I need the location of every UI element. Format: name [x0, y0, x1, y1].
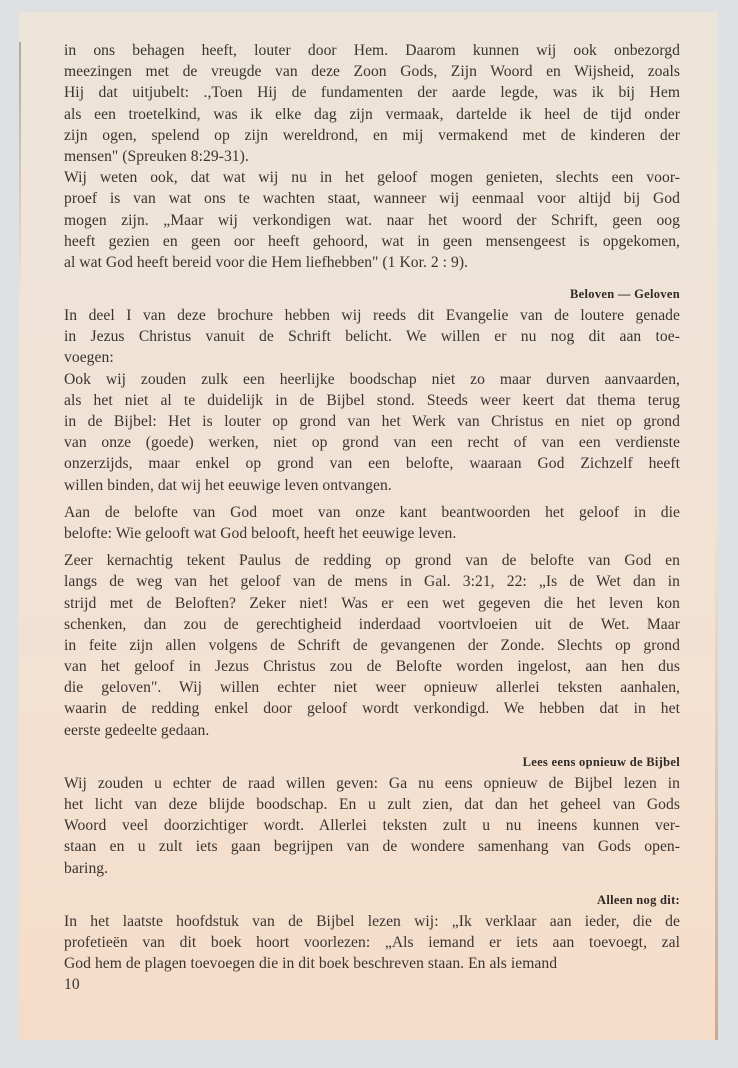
- text-line: willen binden, dat wij het eeuwige leven…: [64, 475, 680, 496]
- text-line: Hij dat uitjubelt: .,Toen Hij de fundame…: [64, 82, 680, 103]
- paragraph: In deel I van deze brochure hebben wij r…: [64, 305, 680, 369]
- text-line: God hem de plagen toevoegen die in dit b…: [64, 953, 680, 974]
- text-line: Wij weten ook, dat wat wij nu in het gel…: [64, 167, 680, 188]
- text-line: belofte: Wie gelooft wat God belooft, he…: [64, 523, 680, 544]
- text-line: proef is van wat ons te wachten staat, w…: [64, 188, 680, 209]
- text-line: als het niet al te duidelijk in de Bijbe…: [64, 390, 680, 411]
- text-line: voegen:: [64, 347, 680, 368]
- section-heading: Alleen nog dit:: [64, 891, 680, 909]
- text-line: meezingen met de vreugde van deze Zoon G…: [64, 61, 680, 82]
- text-line: die geloven". Wij willen echter niet wee…: [64, 677, 680, 698]
- text-line: zijn ogen, spelend op zijn wereldrond, e…: [64, 125, 680, 146]
- text-line: profetieën van dit boek hoort voorlezen:…: [64, 932, 680, 953]
- text-line: langs de weg van het geloof van de mens …: [64, 571, 680, 592]
- text-line: baring.: [64, 858, 680, 879]
- text-line: onzerzijds, maar enkel op grond van een …: [64, 453, 680, 474]
- scanned-page: in ons behagen heeft, louter door Hem. D…: [19, 12, 718, 1040]
- text-line: heeft gezien en geen oor heeft gehoord, …: [64, 231, 680, 252]
- text-line: in feite zijn allen volgens de Schrift d…: [64, 635, 680, 656]
- paragraph: Ook wij zouden zulk een heerlijke boodsc…: [64, 369, 680, 496]
- text-line: mogen zijn. „Maar wij verkondigen wat. n…: [64, 210, 680, 231]
- paragraph: In het laatste hoofdstuk van de Bijbel l…: [64, 911, 680, 975]
- text-line: Ook wij zouden zulk een heerlijke boodsc…: [64, 369, 680, 390]
- paragraph: Aan de belofte van God moet van onze kan…: [64, 502, 680, 544]
- text-line: strijd met de Beloften? Zeker niet! Was …: [64, 593, 680, 614]
- section-heading: Lees eens opnieuw de Bijbel: [64, 753, 680, 771]
- text-line: Wij zouden u echter de raad willen geven…: [64, 773, 680, 794]
- text-line: van onze (goede) werken, niet op grond v…: [64, 432, 680, 453]
- text-line: als een troetelkind, was ik elke dag zij…: [64, 104, 680, 125]
- paragraph: in ons behagen heeft, louter door Hem. D…: [64, 40, 680, 167]
- text-line: schenken, dan zou de gerechtigheid inder…: [64, 614, 680, 635]
- paragraph: Wij zouden u echter de raad willen geven…: [64, 773, 680, 879]
- text-line: in de Bijbel: Het is louter op grond van…: [64, 411, 680, 432]
- text-line: in Jezus Christus vanuit de Schrift beli…: [64, 326, 680, 347]
- page-number: 10: [64, 974, 680, 995]
- text-line: staan en u zult iets gaan begrijpen van …: [64, 836, 680, 857]
- text-line: al wat God heeft bereid voor die Hem lie…: [64, 252, 680, 273]
- text-line: Woord veel doorzichtiger wordt. Allerlei…: [64, 815, 680, 836]
- text-line: mensen" (Spreuken 8:29-31).: [64, 146, 680, 167]
- page-text-body: in ons behagen heeft, louter door Hem. D…: [64, 40, 680, 996]
- text-line: In deel I van deze brochure hebben wij r…: [64, 305, 680, 326]
- text-line: eerste gedeelte gedaan.: [64, 720, 680, 741]
- text-line: waarin de redding enkel door geloof word…: [64, 698, 680, 719]
- text-line: van het geloof in Jezus Christus zou de …: [64, 656, 680, 677]
- paragraph: Zeer kernachtig tekent Paulus de redding…: [64, 550, 680, 741]
- text-line: Zeer kernachtig tekent Paulus de redding…: [64, 550, 680, 571]
- section-heading: Beloven — Geloven: [64, 285, 680, 303]
- text-line: het licht van deze blijde boodschap. En …: [64, 794, 680, 815]
- text-line: Aan de belofte van God moet van onze kan…: [64, 502, 680, 523]
- text-line: In het laatste hoofdstuk van de Bijbel l…: [64, 911, 680, 932]
- text-line: in ons behagen heeft, louter door Hem. D…: [64, 40, 680, 61]
- paragraph: Wij weten ook, dat wat wij nu in het gel…: [64, 167, 680, 273]
